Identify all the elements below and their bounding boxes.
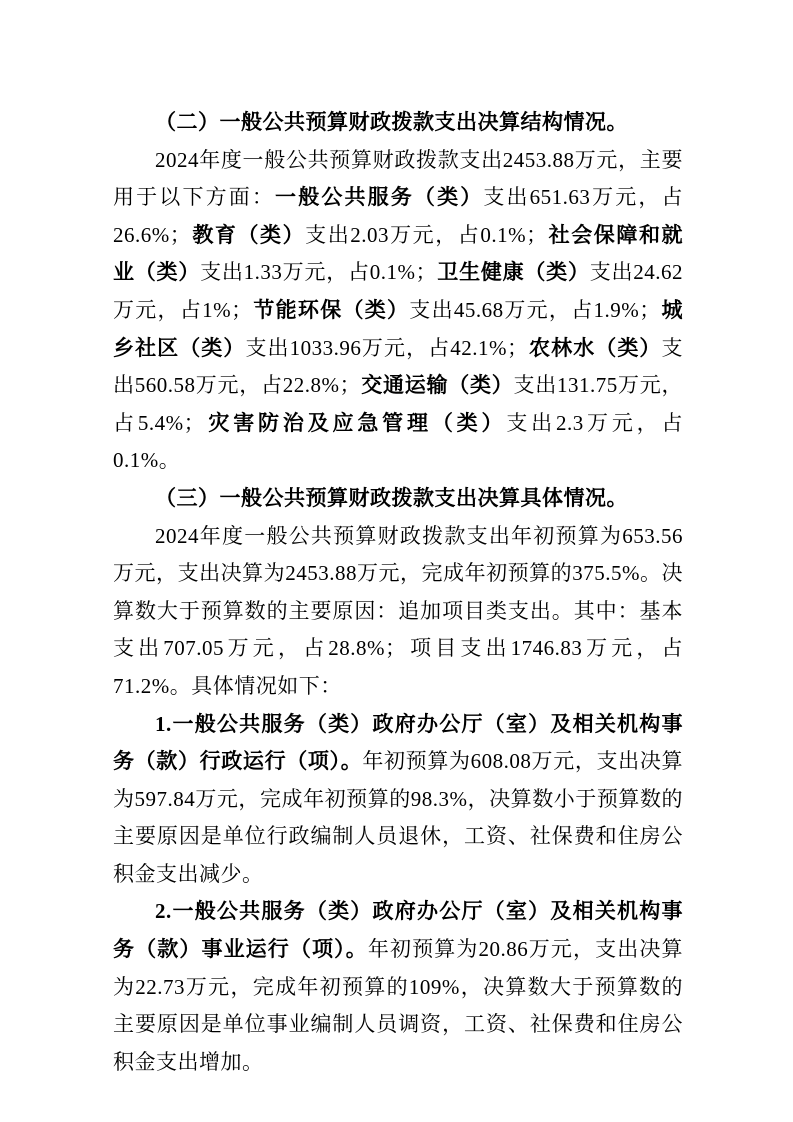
document-page: （二）一般公共预算财政拨款支出决算结构情况。2024年度一般公共预算财政拨款支出… <box>0 0 793 1122</box>
text-run: 卫生健康（类） <box>437 260 590 284</box>
text-run: （二）一般公共预算财政拨款支出决算结构情况。 <box>155 110 628 134</box>
text-run: 支出45.68万元，占1.9%； <box>409 298 660 322</box>
body-paragraph: 2024年度一般公共预算财政拨款支出2453.88万元，主要用于以下方面：一般公… <box>113 142 683 480</box>
section-heading: （二）一般公共预算财政拨款支出决算结构情况。 <box>113 104 683 142</box>
text-run: 教育（类） <box>191 223 305 247</box>
text-block: （二）一般公共预算财政拨款支出决算结构情况。2024年度一般公共预算财政拨款支出… <box>113 104 683 1081</box>
text-run: 支出1033.96万元，占42.1%； <box>245 336 528 360</box>
text-run: 节能环保（类） <box>253 298 410 322</box>
text-run: 一般公共服务（类） <box>275 185 483 209</box>
text-run: 支出1.33万元，占0.1%； <box>200 260 437 284</box>
text-run: 支出2.03万元，占0.1%； <box>305 223 547 247</box>
text-run: 灾害防治及应急管理（类） <box>205 411 506 435</box>
text-run: 2024年度一般公共预算财政拨款支出年初预算为653.56万元，支出决算为245… <box>113 524 683 698</box>
text-run: 农林水（类） <box>528 336 661 360</box>
text-run: （三）一般公共预算财政拨款支出决算具体情况。 <box>155 486 628 510</box>
section-heading: （三）一般公共预算财政拨款支出决算具体情况。 <box>113 480 683 518</box>
body-paragraph: 1.一般公共服务（类）政府办公厅（室）及相关机构事务（款）行政运行（项）。年初预… <box>113 706 683 894</box>
body-paragraph: 2.一般公共服务（类）政府办公厅（室）及相关机构事务（款）事业运行（项）。年初预… <box>113 893 683 1081</box>
text-run: 交通运输（类） <box>361 373 514 397</box>
body-paragraph: 2024年度一般公共预算财政拨款支出年初预算为653.56万元，支出决算为245… <box>113 518 683 706</box>
